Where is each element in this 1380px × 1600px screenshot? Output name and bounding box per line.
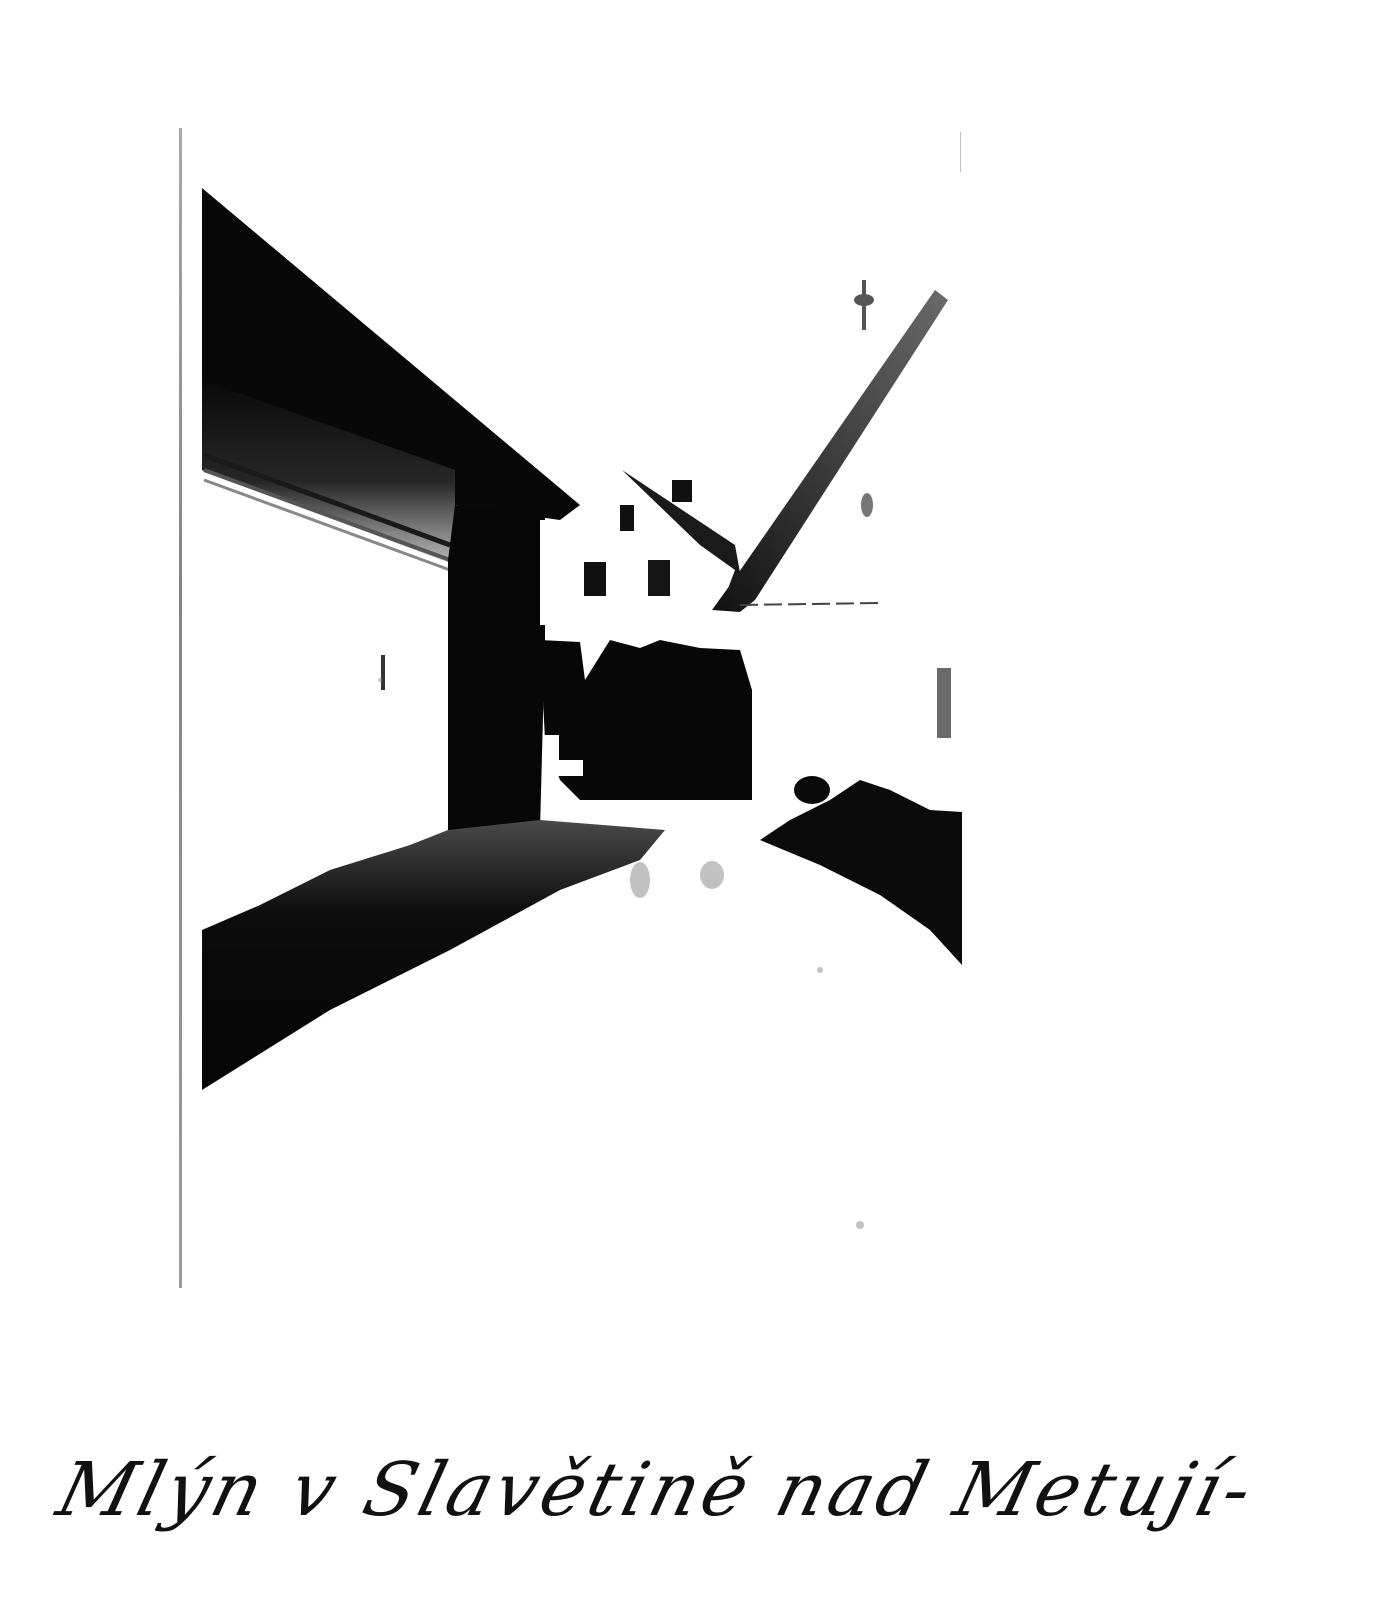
grass-left xyxy=(202,820,665,1090)
round-bush xyxy=(794,776,830,804)
cross xyxy=(854,280,874,330)
wall-mark xyxy=(381,655,385,690)
right-window xyxy=(937,668,951,738)
wire xyxy=(740,603,880,605)
caption-text: Mlýn v Slavětině nad Metují- xyxy=(49,1447,1264,1533)
distant-house xyxy=(540,470,752,800)
document-page: Mlýn v Slavětině nad Metují- xyxy=(0,0,1380,1600)
sky-mark xyxy=(861,493,873,517)
mill-photograph xyxy=(0,0,1380,1600)
diagonal-pole xyxy=(712,290,948,612)
barn-pillar xyxy=(448,505,545,870)
shrubs-right xyxy=(760,780,962,965)
handwritten-caption: Mlýn v Slavětině nad Metují- xyxy=(60,1420,1340,1560)
